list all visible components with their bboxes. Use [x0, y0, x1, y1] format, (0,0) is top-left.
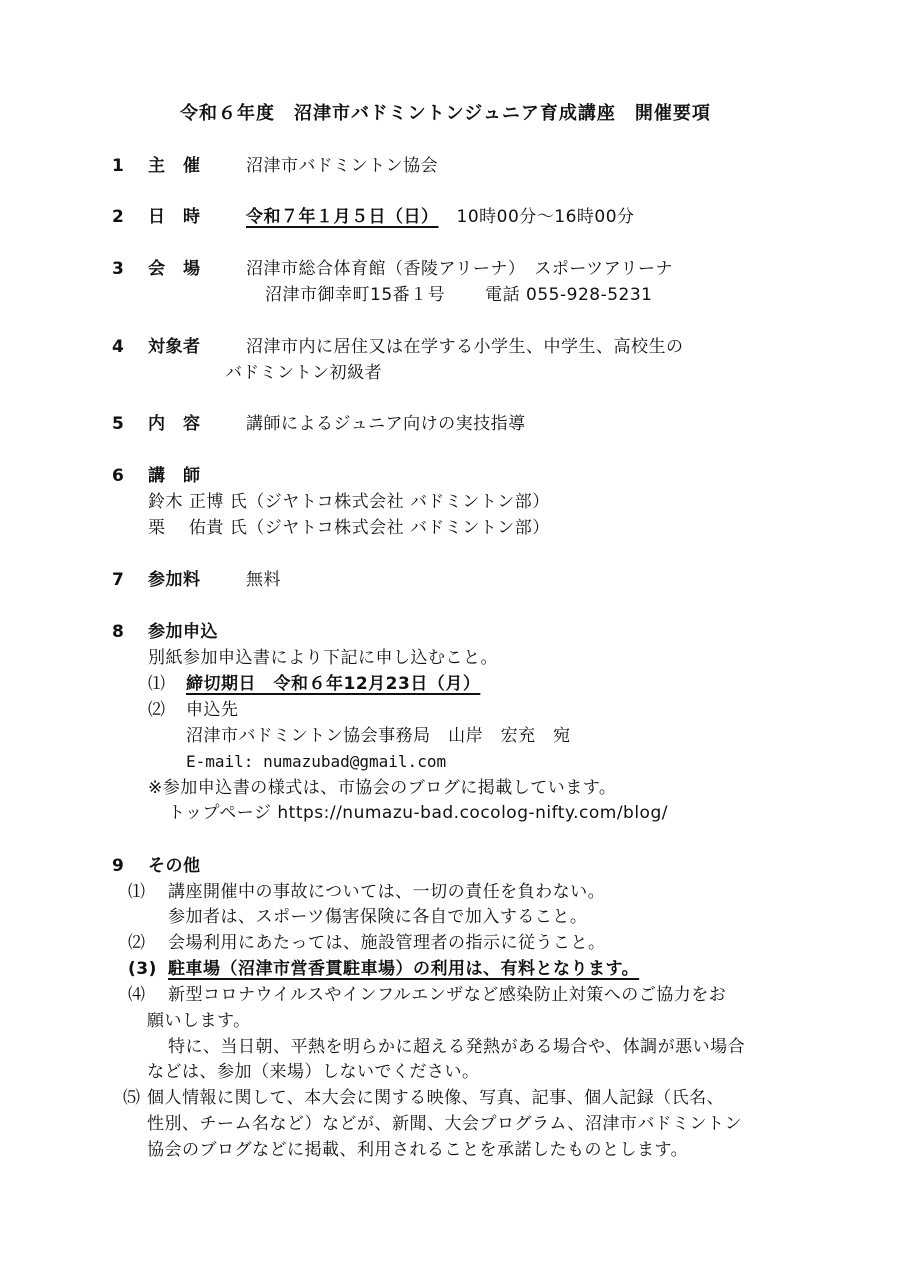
- other-item-5: ⑸個人情報に関して、本大会に関する映像、写真、記事、個人記録（氏名、: [123, 1087, 724, 1109]
- item-marker: (3): [128, 958, 168, 980]
- application-destination: ⑵申込先: [148, 699, 239, 721]
- item-text: 新型コロナウイルスやインフルエンザなど感染防止対策へのご協力をお: [168, 985, 726, 1005]
- section-number: 5: [112, 413, 148, 435]
- application-toppage-link[interactable]: トップページ https://numazu-bad.cocolog-nifty.…: [168, 802, 668, 824]
- content-value: 講師によるジュニア向けの実技指導: [246, 414, 526, 434]
- section-number: 6: [112, 465, 148, 487]
- section-content: 5内 容講師によるジュニア向けの実技指導: [112, 413, 526, 435]
- application-note: ※参加申込書の様式は、市協会のブログに掲載しています。: [148, 777, 616, 799]
- instructor-1: 鈴木 正博 氏（ジヤトコ株式会社 バドミントン部）: [148, 491, 550, 513]
- item-marker: ⑵: [148, 699, 186, 721]
- section-number: 4: [112, 336, 148, 358]
- instructor-2: 栗 佑貴 氏（ジヤトコ株式会社 バドミントン部）: [148, 517, 550, 539]
- other-item-5-line-2: 性別、チーム名など）などが、新聞、大会プログラム、沼津市バドミントン: [147, 1113, 742, 1135]
- destination-label: 申込先: [186, 700, 239, 720]
- section-datetime: 2日 時令和７年１月５日（日）10時00分～16時00分: [112, 206, 635, 228]
- section-number: 8: [112, 621, 148, 643]
- other-item-4-line-3: 特に、当日朝、平熱を明らかに超える発熱がある場合や、体調が悪い場合: [168, 1036, 745, 1058]
- other-item-4-line-2: 願いします。: [147, 1010, 251, 1032]
- section-number: 7: [112, 569, 148, 591]
- application-email[interactable]: E-mail: numazubad@gmail.com: [186, 751, 446, 773]
- item-text: 講座開催中の事故については、一切の責任を負わない。: [168, 882, 605, 902]
- section-number: 9: [112, 855, 148, 877]
- item-marker: ⑵: [128, 932, 168, 954]
- other-item-4: ⑷新型コロナウイルスやインフルエンザなど感染防止対策へのご協力をお: [128, 984, 726, 1006]
- target-line-1: 沼津市内に居住又は在学する小学生、中学生、高校生の: [246, 337, 684, 357]
- item-marker: ⑴: [128, 881, 168, 903]
- section-heading: 参加料: [148, 569, 246, 591]
- section-application: 8参加申込: [112, 621, 218, 643]
- target-line-2: バドミントン初級者: [225, 362, 382, 384]
- section-heading: 内 容: [148, 413, 246, 435]
- deadline-value: 締切期日 令和６年12月23日（月）: [186, 674, 480, 694]
- page-title: 令和６年度 沼津市バドミントンジュニア育成講座 開催要項: [180, 103, 711, 125]
- venue-address-line: 沼津市御幸町15番１号電話 055-928-5231: [265, 284, 652, 306]
- section-heading: 主 催: [148, 155, 246, 177]
- section-heading: 日 時: [148, 206, 246, 228]
- section-heading: 対象者: [148, 336, 246, 358]
- section-heading: 参加申込: [148, 621, 218, 643]
- fee-value: 無料: [246, 570, 281, 590]
- section-organizer: 1主 催沼津市バドミントン協会: [112, 155, 438, 177]
- section-number: 2: [112, 206, 148, 228]
- section-heading: 会 場: [148, 258, 246, 280]
- other-item-3: (3)駐車場（沼津市営香貫駐車場）の利用は、有料となります。: [128, 958, 639, 980]
- other-item-2: ⑵会場利用にあたっては、施設管理者の指示に従うこと。: [128, 932, 606, 954]
- venue-phone: 電話 055-928-5231: [485, 285, 652, 305]
- organizer-value: 沼津市バドミントン協会: [246, 156, 438, 176]
- item-marker: ⑴: [148, 673, 186, 695]
- section-instructors: 6講 師: [112, 465, 201, 487]
- item-marker: ⑸: [123, 1087, 147, 1109]
- section-number: 1: [112, 155, 148, 177]
- event-date: 令和７年１月５日（日）: [246, 207, 439, 227]
- item-text: 駐車場（沼津市営香貫駐車場）の利用は、有料となります。: [168, 959, 639, 979]
- item-marker: ⑷: [128, 984, 168, 1006]
- venue-address: 沼津市御幸町15番１号: [265, 285, 445, 305]
- item-text: 個人情報に関して、本大会に関する映像、写真、記事、個人記録（氏名、: [147, 1088, 724, 1108]
- other-item-4-line-4: などは、参加（来場）しないでください。: [147, 1061, 480, 1083]
- section-other: 9その他: [112, 855, 201, 877]
- section-fee: 7参加料無料: [112, 569, 281, 591]
- section-target: 4対象者沼津市内に居住又は在学する小学生、中学生、高校生の: [112, 336, 684, 358]
- other-item-1: ⑴講座開催中の事故については、一切の責任を負わない。: [128, 881, 605, 903]
- application-office: 沼津市バドミントン協会事務局 山岸 宏充 宛: [186, 725, 571, 747]
- other-item-5-line-3: 協会のブログなどに掲載、利用されることを承諾したものとします。: [147, 1139, 688, 1161]
- section-heading: その他: [148, 855, 201, 877]
- section-heading: 講 師: [148, 465, 201, 487]
- section-venue: 3会 場沼津市総合体育館（香陵アリーナ） スポーツアリーナ: [112, 258, 673, 280]
- event-time: 10時00分～16時00分: [457, 207, 635, 227]
- application-intro: 別紙参加申込書により下記に申し込むこと。: [148, 647, 498, 669]
- other-item-1-line-2: 参加者は、スポーツ傷害保険に各自で加入すること。: [168, 906, 587, 928]
- item-text: 会場利用にあたっては、施設管理者の指示に従うこと。: [168, 933, 606, 953]
- application-deadline: ⑴締切期日 令和６年12月23日（月）: [148, 673, 480, 695]
- venue-name: 沼津市総合体育館（香陵アリーナ） スポーツアリーナ: [246, 259, 673, 279]
- section-number: 3: [112, 258, 148, 280]
